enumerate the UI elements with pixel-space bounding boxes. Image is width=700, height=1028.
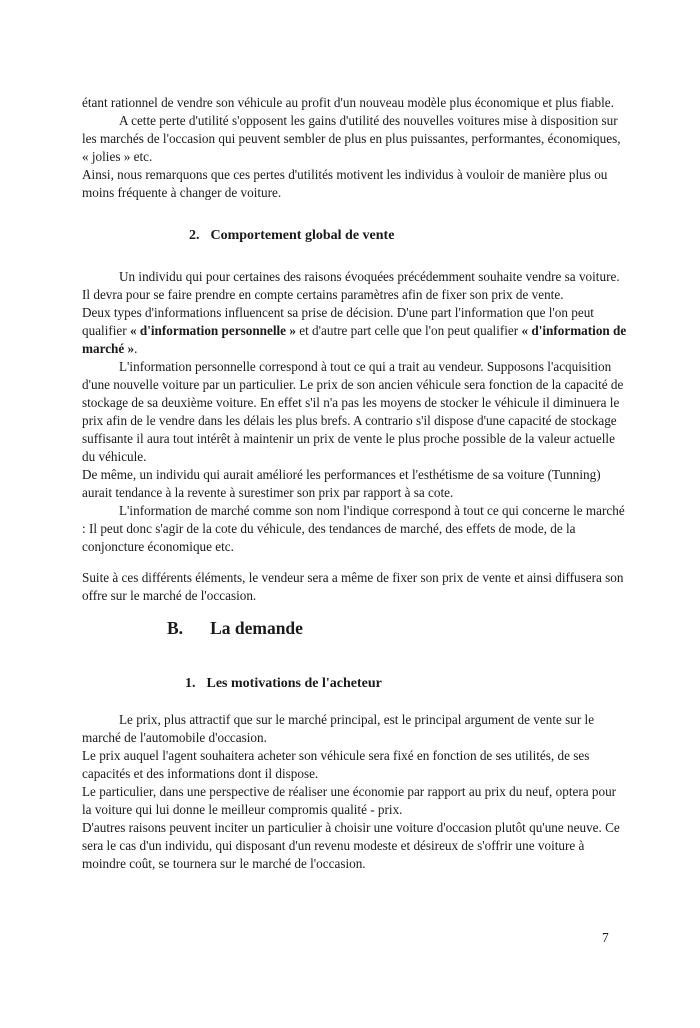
paragraph-suite-elements: Suite à ces différents éléments, le vend…: [82, 569, 628, 605]
info-types-text-3: .: [134, 341, 137, 356]
section-letter: B.: [167, 618, 183, 638]
section-heading-la-demande: B.La demande: [167, 616, 628, 640]
paragraph-prix-agent: Le prix auquel l'agent souhaitera achete…: [82, 747, 628, 783]
document-page: étant rationnel de vendre son véhicule a…: [0, 0, 700, 1028]
section-number: 1.: [185, 676, 196, 691]
paragraph-tuning: De même, un individu qui aurait amélioré…: [82, 466, 628, 502]
page-content: étant rationnel de vendre son véhicule a…: [82, 94, 628, 873]
paragraph-prix-attractif: Le prix, plus attractif que sur le march…: [82, 711, 628, 747]
paragraph-particulier-economie: Le particulier, dans une perspective de …: [82, 783, 628, 819]
section-heading-motivations-acheteur: 1.Les motivations de l'acheteur: [185, 674, 628, 694]
section-title: Les motivations de l'acheteur: [207, 676, 382, 691]
paragraph-deux-types-informations: Deux types d'informations influencent sa…: [82, 304, 628, 358]
paragraph-individu-vendre: Un individu qui pour certaines des raiso…: [82, 268, 628, 304]
page-number: 7: [602, 929, 609, 947]
section-title: Comportement global de vente: [211, 228, 395, 243]
paragraph-information-personnelle: L'information personnelle correspond à t…: [82, 358, 628, 466]
paragraph-utility-gains: A cette perte d'utilité s'opposent les g…: [82, 112, 628, 166]
paragraph-information-marche: L'information de marché comme son nom l'…: [82, 502, 628, 556]
info-personnelle-bold-phrase: « d'information personnelle »: [130, 323, 296, 338]
section-number: 2.: [189, 228, 200, 243]
section-heading-comportement-vente: 2.Comportement global de vente: [189, 226, 628, 246]
paragraph-opening: étant rationnel de vendre son véhicule a…: [82, 94, 628, 112]
section-title: La demande: [210, 618, 303, 638]
paragraph-ainsi: Ainsi, nous remarquons que ces pertes d'…: [82, 166, 628, 202]
info-types-text-2: et d'autre part celle que l'on peut qual…: [296, 323, 522, 338]
paragraph-autres-raisons: D'autres raisons peuvent inciter un part…: [82, 819, 628, 873]
